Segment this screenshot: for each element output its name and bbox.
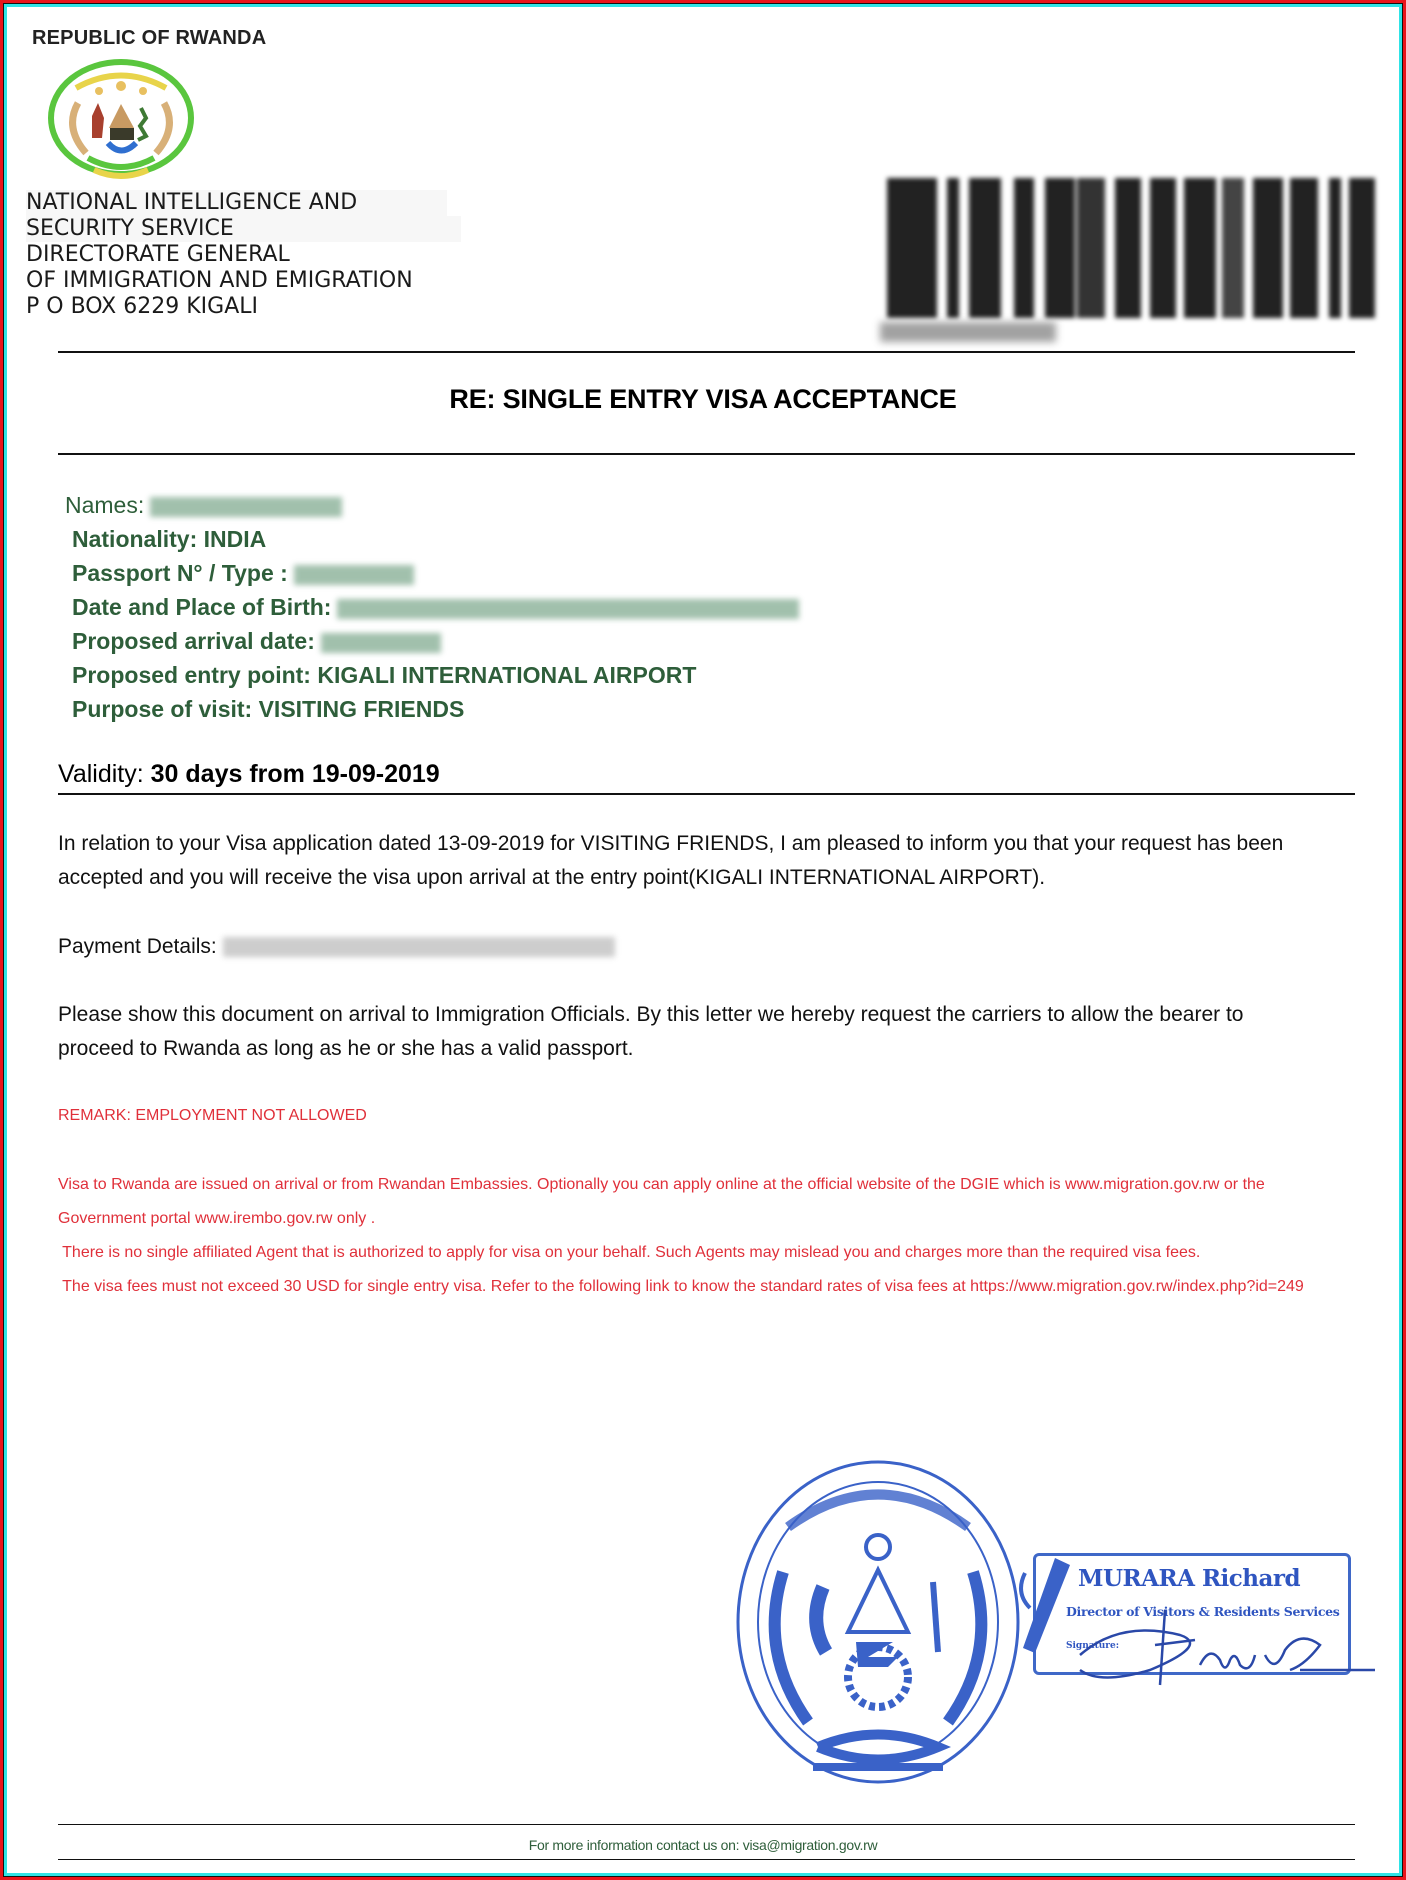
field-names: Names: — [65, 488, 799, 522]
field-value: VISITING FRIENDS — [259, 696, 465, 722]
paragraph-line: Please show this document on arrival to … — [58, 998, 1358, 1032]
field-value: INDIA — [204, 526, 267, 552]
field-nationality: Nationality: INDIA — [65, 522, 799, 556]
applicant-details: Names: Nationality: INDIA Passport N° / … — [65, 488, 799, 726]
validity-line: Validity: 30 days from 19-09-2019 — [58, 760, 440, 789]
org-line: DIRECTORATE GENERAL — [26, 242, 461, 268]
notice-line: The visa fees must not exceed 30 USD for… — [58, 1270, 1378, 1304]
field-label: Purpose of visit: — [72, 696, 252, 722]
field-entry-point: Proposed entry point: KIGALI INTERNATION… — [65, 658, 799, 692]
field-label: Date and Place of Birth: — [72, 594, 331, 620]
paragraph-line: In relation to your Visa application dat… — [58, 827, 1358, 861]
arrival-value-redacted — [321, 633, 441, 653]
barcode-number-redacted — [880, 322, 1056, 342]
field-purpose: Purpose of visit: VISITING FRIENDS — [65, 692, 799, 726]
paragraph-line: proceed to Rwanda as long as he or she h… — [58, 1032, 1358, 1066]
official-seal-stamp-icon — [728, 1452, 1048, 1792]
employment-remark: REMARK: EMPLOYMENT NOT ALLOWED — [58, 1107, 367, 1125]
notice-line: There is no single affiliated Agent that… — [58, 1236, 1378, 1270]
divider — [58, 453, 1355, 455]
org-line: SECURITY SERVICE — [26, 216, 461, 242]
passport-value-redacted — [294, 565, 414, 585]
validity-label: Validity: — [58, 760, 144, 788]
signatory-name: MURARA Richard — [1078, 1565, 1300, 1592]
field-label: Passport N° / Type : — [72, 560, 288, 586]
divider — [58, 1859, 1355, 1860]
org-line: P O BOX 6229 KIGALI — [26, 294, 461, 320]
divider — [58, 793, 1355, 795]
field-arrival-date: Proposed arrival date: — [65, 624, 799, 658]
validity-value: 30 days from 19-09-2019 — [151, 760, 440, 788]
field-label: Proposed entry point: — [72, 662, 311, 688]
notice-line: Government portal www.irembo.gov.rw only… — [58, 1202, 1378, 1236]
visa-notices: Visa to Rwanda are issued on arrival or … — [58, 1168, 1378, 1304]
names-value-redacted — [150, 497, 342, 517]
payment-details: Payment Details: — [58, 930, 1358, 964]
field-label: Names: — [65, 492, 144, 518]
acceptance-paragraph: In relation to your Visa application dat… — [58, 827, 1358, 895]
handwritten-signature-icon — [1060, 1590, 1380, 1690]
document-title: RE: SINGLE ENTRY VISA ACCEPTANCE — [0, 384, 1406, 415]
organization-address-block: NATIONAL INTELLIGENCE AND SECURITY SERVI… — [26, 190, 461, 320]
payment-value-redacted — [223, 937, 615, 957]
field-value: KIGALI INTERNATIONAL AIRPORT — [317, 662, 696, 688]
field-label: Proposed arrival date: — [72, 628, 315, 654]
paragraph-line: accepted and you will receive the visa u… — [58, 861, 1358, 895]
field-passport: Passport N° / Type : — [65, 556, 799, 590]
country-heading: REPUBLIC OF RWANDA — [32, 27, 266, 50]
birth-value-redacted — [337, 599, 799, 619]
field-birth: Date and Place of Birth: — [65, 590, 799, 624]
divider — [58, 1824, 1355, 1825]
notice-line: Visa to Rwanda are issued on arrival or … — [58, 1168, 1378, 1202]
instruction-paragraph: Please show this document on arrival to … — [58, 998, 1358, 1066]
payment-label: Payment Details: — [58, 935, 217, 958]
field-label: Nationality: — [72, 526, 197, 552]
org-line: NATIONAL INTELLIGENCE AND — [26, 190, 447, 216]
org-line: OF IMMIGRATION AND EMIGRATION — [26, 268, 461, 294]
contact-footer: For more information contact us on: visa… — [0, 1837, 1406, 1853]
rwanda-coat-of-arms-icon — [46, 58, 196, 183]
barcode-icon — [877, 178, 1385, 318]
divider — [58, 351, 1355, 353]
